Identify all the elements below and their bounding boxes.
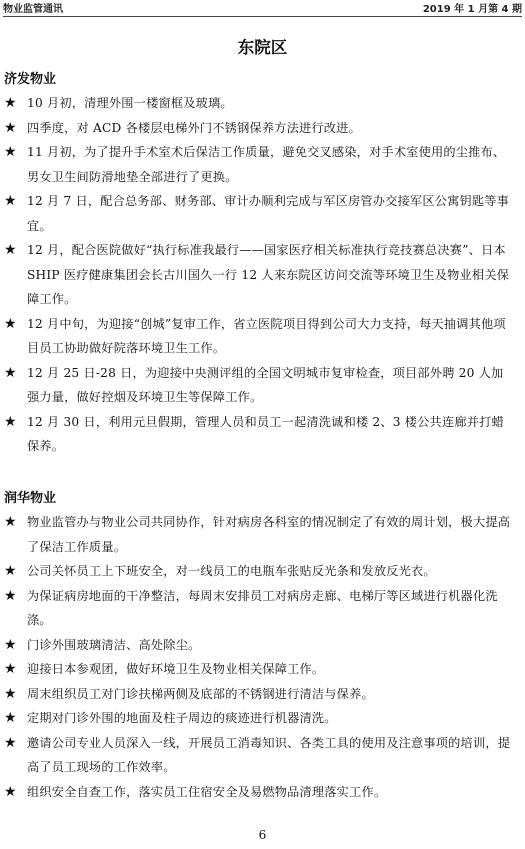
list-item: ★12 月中旬，为迎接“创城”复审工作，省立医院项目得到公司大力支持，每天抽调其… bbox=[0, 312, 525, 361]
runhua-item-list: ★物业监管办与物业公司共同协作，针对病房各科室的情况制定了有效的周计划，极大提高… bbox=[0, 510, 525, 804]
list-item: ★周末组织员工对门诊扶梯两侧及底部的不锈钢进行清洁与保养。 bbox=[0, 682, 525, 707]
list-item: ★组织安全自查工作，落实员工住宿安全及易燃物品清理落实工作。 bbox=[0, 780, 525, 805]
star-bullet-icon: ★ bbox=[4, 410, 17, 435]
section-title-runhua: 润华物业 bbox=[4, 487, 56, 506]
star-bullet-icon: ★ bbox=[4, 140, 17, 165]
running-header: 物业监管通讯 2019 年 1 月第 4 期 bbox=[3, 0, 522, 17]
jifa-item-list: ★10 月初，清理外围一楼窗框及玻璃。 ★四季度，对 ACD 各楼层电梯外门不锈… bbox=[0, 91, 525, 459]
list-item: ★12 月 30 日，利用元旦假期，管理人员和员工一起清洗诚和楼 2、3 楼公共… bbox=[0, 410, 525, 459]
star-bullet-icon: ★ bbox=[4, 91, 17, 116]
list-item: ★为保证病房地面的干净整洁，每周末安排员工对病房走廊、电梯厅等区域进行机器化洗涤… bbox=[0, 584, 525, 633]
section-title-jifa: 济发物业 bbox=[4, 68, 56, 87]
star-bullet-icon: ★ bbox=[4, 361, 17, 386]
page-number: 6 bbox=[0, 828, 525, 842]
list-item: ★四季度，对 ACD 各楼层电梯外门不锈钢保养方法进行改进。 bbox=[0, 116, 525, 141]
star-bullet-icon: ★ bbox=[4, 682, 17, 707]
list-item: ★定期对门诊外围的地面及柱子周边的痰迹进行机器清洗。 bbox=[0, 706, 525, 731]
star-bullet-icon: ★ bbox=[4, 633, 17, 658]
page-title: 东院区 bbox=[0, 34, 525, 58]
star-bullet-icon: ★ bbox=[4, 510, 17, 535]
list-item: ★公司关怀员工上下班安全，对一线员工的电瓶车张贴反光条和发放反光衣。 bbox=[0, 559, 525, 584]
star-bullet-icon: ★ bbox=[4, 780, 17, 805]
list-item: ★12 月 25 日-28 日，为迎接中央测评组的全国文明城市复审检查，项目部外… bbox=[0, 361, 525, 410]
publication-name: 物业监管通讯 bbox=[3, 0, 63, 15]
star-bullet-icon: ★ bbox=[4, 559, 17, 584]
star-bullet-icon: ★ bbox=[4, 116, 17, 141]
list-item: ★迎接日本参观团，做好环境卫生及物业相关保障工作。 bbox=[0, 657, 525, 682]
list-item: ★门诊外围玻璃清洁、高处除尘。 bbox=[0, 633, 525, 658]
star-bullet-icon: ★ bbox=[4, 584, 17, 609]
list-item: ★邀请公司专业人员深入一线，开展员工消毒知识、各类工具的使用及注意事项的培训，提… bbox=[0, 731, 525, 780]
star-bullet-icon: ★ bbox=[4, 189, 17, 214]
star-bullet-icon: ★ bbox=[4, 731, 17, 756]
star-bullet-icon: ★ bbox=[4, 238, 17, 263]
list-item: ★12 月，配合医院做好“执行标准我最行——国家医疗相关标准执行竞技赛总决赛”、… bbox=[0, 238, 525, 312]
list-item: ★物业监管办与物业公司共同协作，针对病房各科室的情况制定了有效的周计划，极大提高… bbox=[0, 510, 525, 559]
star-bullet-icon: ★ bbox=[4, 312, 17, 337]
list-item: ★12 月 7 日，配合总务部、财务部、审计办顺利完成与军区房管办交接军区公寓钥… bbox=[0, 189, 525, 238]
star-bullet-icon: ★ bbox=[4, 706, 17, 731]
issue-label: 2019 年 1 月第 4 期 bbox=[423, 0, 522, 15]
star-bullet-icon: ★ bbox=[4, 657, 17, 682]
list-item: ★10 月初，清理外围一楼窗框及玻璃。 bbox=[0, 91, 525, 116]
list-item: ★11 月初，为了提升手术室术后保洁工作质量，避免交叉感染，对手术室使用的尘推布… bbox=[0, 140, 525, 189]
